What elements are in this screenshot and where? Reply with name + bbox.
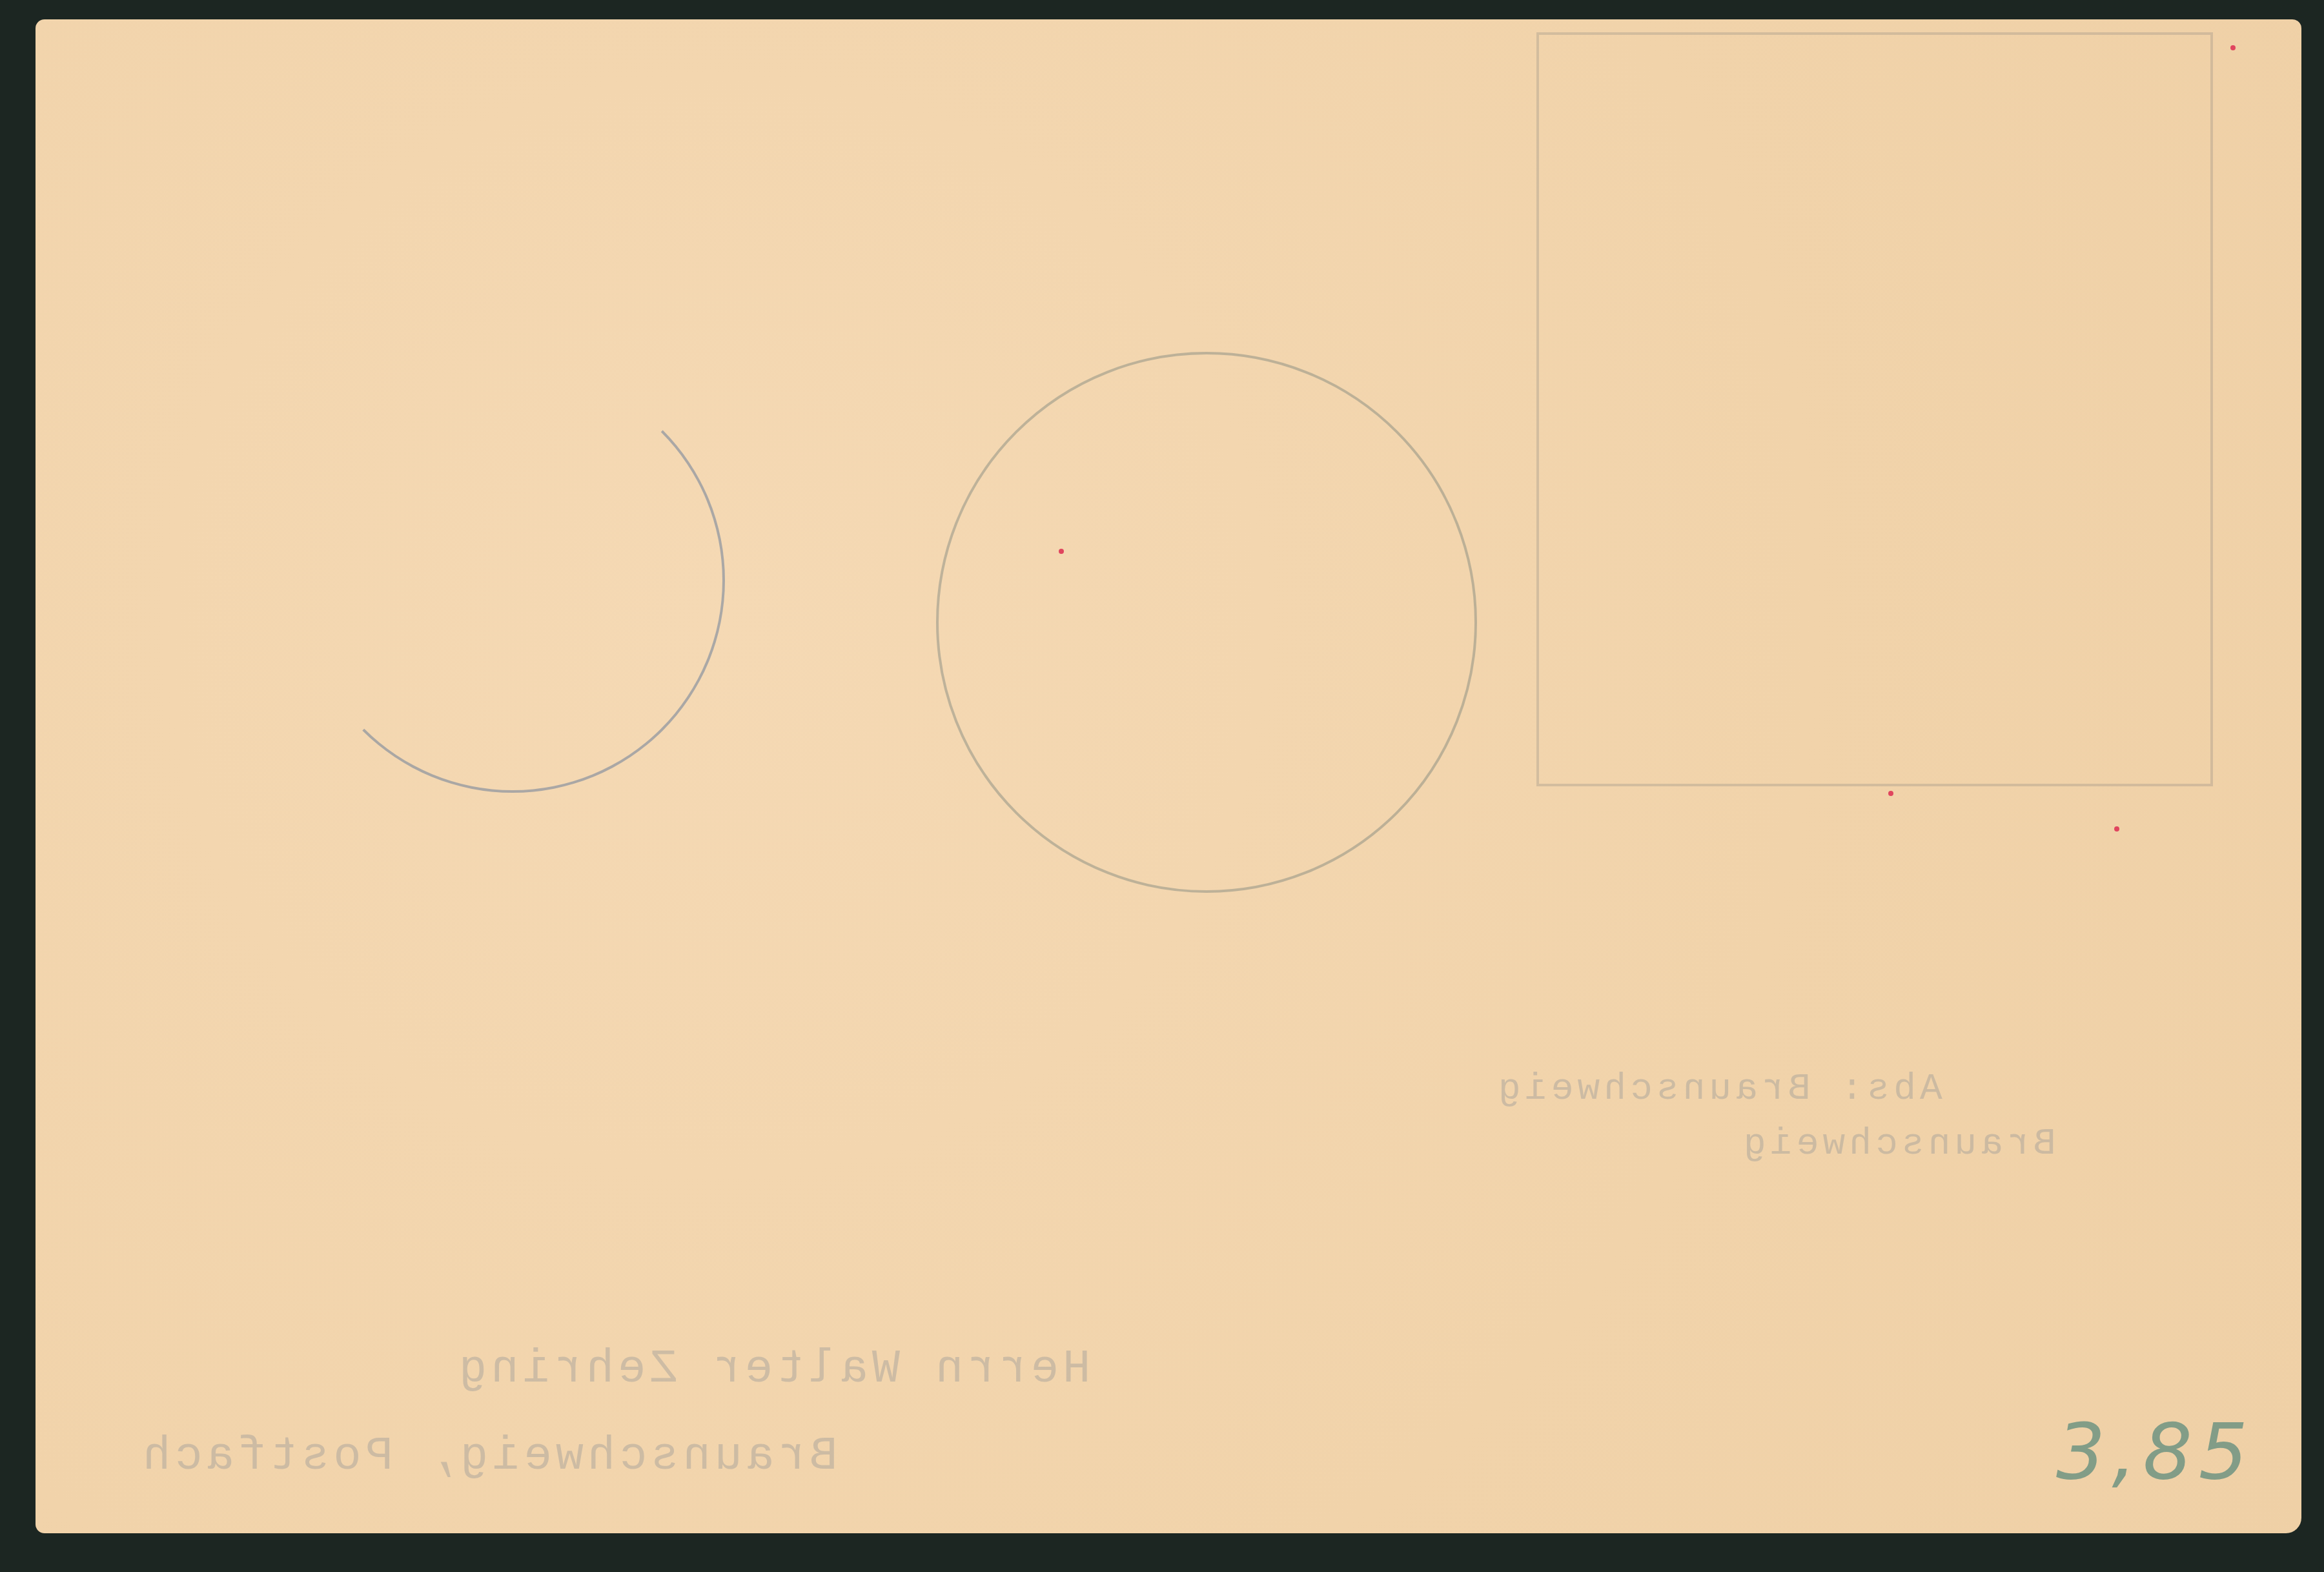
red-speck [1059,549,1064,554]
show-through-sender-1: Abs: Braunschweig [1494,1068,1942,1110]
show-through-recipient-2: Braunschweig, Postfach [139,1430,838,1483]
center-postmark-circle [936,352,1477,893]
red-speck [2114,826,2119,832]
show-through-recipient-1: Herrn Walter Zehring [455,1343,1090,1396]
pencil-price-note: 3,85 [2056,1407,2254,1497]
red-speck [2230,45,2236,50]
left-postmark-circle [300,368,725,793]
printed-frame [1536,32,2213,786]
show-through-sender-2: Braunschweig [1740,1123,2056,1165]
red-speck [1888,791,1893,796]
postcard: Abs: Braunschweig Braunschweig Herrn Wal… [36,19,2301,1533]
